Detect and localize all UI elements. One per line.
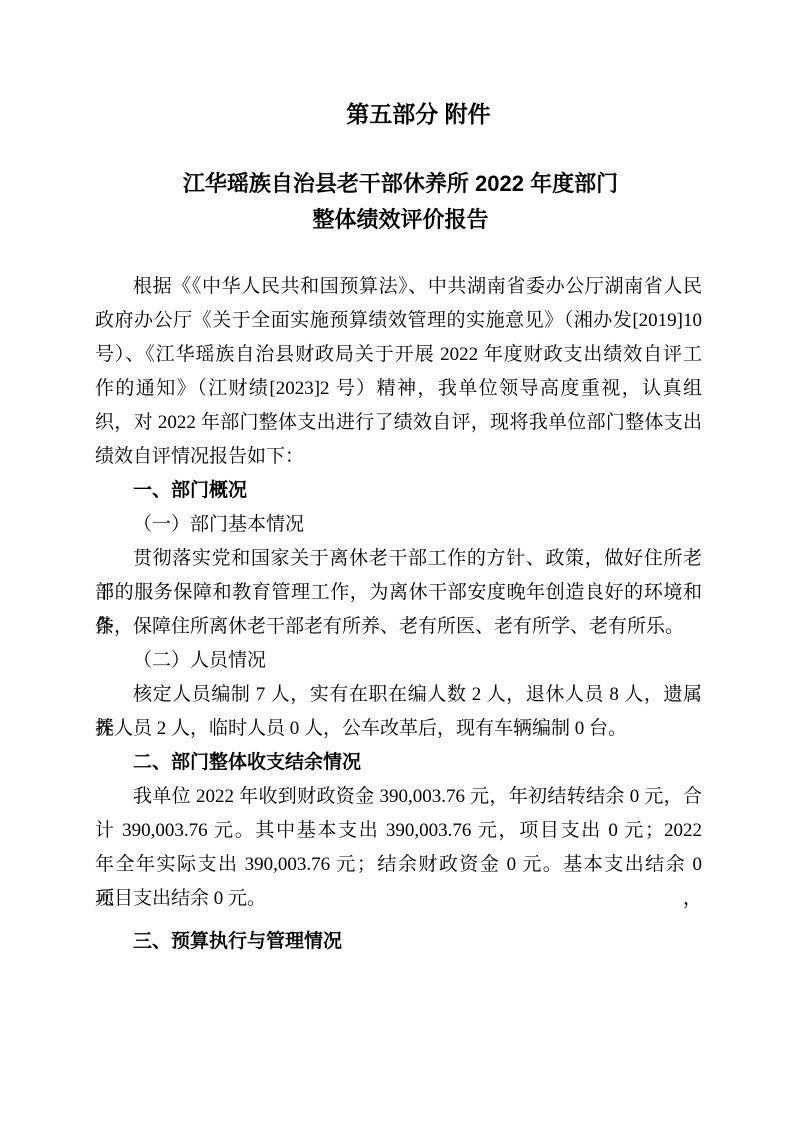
paragraph-line: 养人员 2 人，临时人员 0 人，公车改革后，现有车辆编制 0 台。 <box>95 712 702 746</box>
document-page: 第五部分 附件 江华瑶族自治县老干部休养所 2022 年度部门 整体绩效评价报告… <box>0 0 793 1122</box>
report-title-line-2: 整体绩效评价报告 <box>8 202 793 238</box>
section-heading-3: 三、预算执行与管理情况 <box>95 925 702 959</box>
part-heading: 第五部分 附件 <box>44 99 793 129</box>
paragraph-line: 核定人员编制 7 人，实有在职在编人数 2 人，退休人员 8 人，遗属抚 <box>95 678 702 712</box>
report-title: 江华瑶族自治县老干部休养所 2022 年度部门 整体绩效评价报告 <box>8 166 793 238</box>
paragraph-line: 我单位 2022 年收到财政资金 390,003.76 元，年初结转结余 0 元… <box>95 780 702 814</box>
paragraph-line: 绩效自评情况报告如下： <box>95 440 702 474</box>
section-heading-1: 一、部门概况 <box>95 474 702 508</box>
subsection-heading: （一）部门基本情况 <box>95 508 702 542</box>
report-title-line-1: 江华瑶族自治县老干部休养所 2022 年度部门 <box>8 166 793 202</box>
section-heading-2: 二、部门整体收支结余情况 <box>95 746 702 780</box>
paragraph-line: 政府办公厅《关于全面实施预算绩效管理的实施意见》（湘办发[2019]10 <box>95 304 702 338</box>
paragraph-line: 部的服务保障和教育管理工作，为离休干部安度晚年创造良好的环境和条 <box>95 576 702 610</box>
paragraph-line: 贯彻落实党和国家关于离休老干部工作的方针、政策，做好住所老干 <box>95 542 702 576</box>
paragraph-line: 织，对 2022 年部门整体支出进行了绩效自评，现将我单位部门整体支出 <box>95 406 702 440</box>
subsection-heading: （二）人员情况 <box>95 644 702 678</box>
paragraph-line: 年全年实际支出 390,003.76 元；结余财政资金 0 元。基本支出结余 0… <box>95 848 702 882</box>
paragraph-line: 号）、《江华瑶族自治县财政局关于开展 2022 年度财政支出绩效自评工 <box>95 338 702 372</box>
paragraph-line: 根据《《中华人民共和国预算法》、中共湖南省委办公厅湖南省人民 <box>95 270 702 304</box>
paragraph-line: 件，保障住所离休老干部老有所养、老有所医、老有所学、老有所乐。 <box>95 610 702 644</box>
paragraph-line: 作的通知》（江财绩[2023]2 号）精神，我单位领导高度重视，认真组 <box>95 372 702 406</box>
paragraph-line: 计 390,003.76 元。其中基本支出 390,003.76 元，项目支出 … <box>95 814 702 848</box>
report-body: 根据《《中华人民共和国预算法》、中共湖南省委办公厅湖南省人民 政府办公厅《关于全… <box>95 270 702 959</box>
